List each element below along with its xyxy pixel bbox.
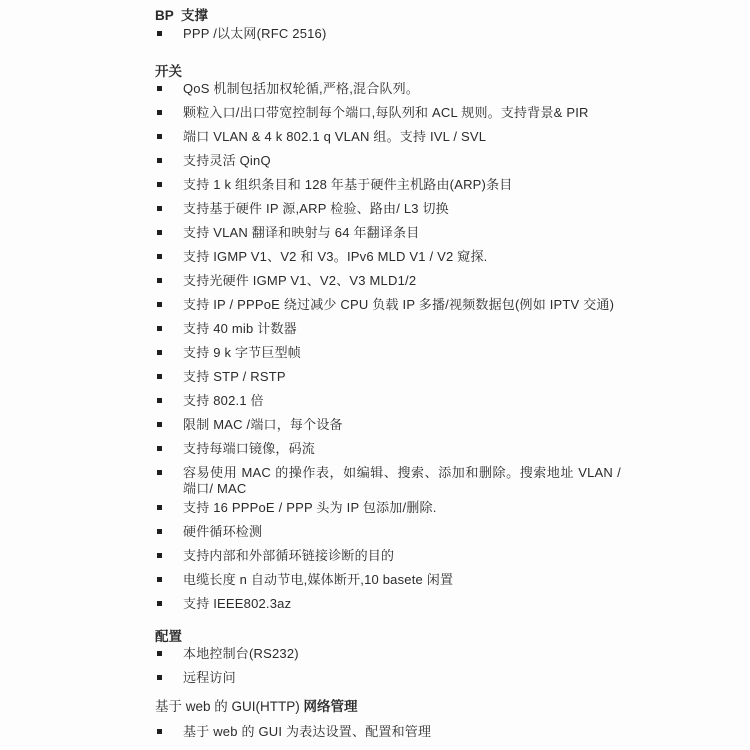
list-item: 支持内部和外部循环链接诊断的目的	[155, 548, 621, 564]
list-item: 支持 40 mib 计数器	[155, 321, 621, 337]
list-item: 支持 9 k 字节巨型帧	[155, 345, 621, 361]
list-item-text: 支持 STP / RSTP	[183, 369, 286, 384]
list-item: 支持灵活 QinQ	[155, 153, 621, 169]
bullet-square-icon	[157, 651, 162, 656]
spec-document: BP 支撑PPP /以太网(RFC 2516)开关QoS 机制包括加权轮循,严格…	[155, 8, 621, 748]
heading-text: 基于 web 的 GUI(HTTP)	[155, 699, 304, 714]
list-item-text: 端口 VLAN & 4 k 802.1 q VLAN 组。支持 IVL / SV…	[183, 129, 486, 144]
list-item-text: 支持每端口镜像，码流	[183, 441, 315, 456]
list-item: 容易使用 MAC 的操作表，如编辑、搜索、添加和删除。搜索地址 VLAN /端口…	[155, 465, 621, 497]
section-heading-bp-support: BP 支撑	[155, 8, 621, 24]
list-item: 电缆长度 n 自动节电,媒体断开,10 basete 闲置	[155, 572, 621, 588]
list-item: 支持 IP / PPPoE 绕过减少 CPU 负载 IP 多播/视频数据包(例如…	[155, 297, 621, 313]
bullet-square-icon	[157, 206, 162, 211]
section-configuration: 配置本地控制台(RS232)远程访问	[155, 629, 621, 686]
bullet-square-icon	[157, 422, 162, 427]
list-item: 支持 VLAN 翻译和映射与 64 年翻译条目	[155, 225, 621, 241]
bullet-square-icon	[157, 110, 162, 115]
list-item-text: 支持 16 PPPoE / PPP 头为 IP 包添加/删除.	[183, 500, 437, 515]
list-item-text: 硬件循环检测	[183, 524, 262, 539]
section-web-management: 基于 web 的 GUI(HTTP) 网络管理基于 web 的 GUI 为表达设…	[155, 699, 621, 740]
bullet-square-icon	[157, 601, 162, 606]
list-item-text: 颗粒入口/出口带宽控制每个端口,每队列和 ACL 规则。支持背景& PIR	[183, 105, 589, 120]
bullet-square-icon	[157, 529, 162, 534]
bullet-square-icon	[157, 134, 162, 139]
list-item: 限制 MAC /端口，每个设备	[155, 417, 621, 433]
list-item-text: 支持 IP / PPPoE 绕过减少 CPU 负载 IP 多播/视频数据包(例如…	[183, 297, 614, 312]
list-item-text: 支持光硬件 IGMP V1、V2、V3 MLD1/2	[183, 273, 416, 288]
list-item-text: 支持基于硬件 IP 源,ARP 检验、路由/ L3 切换	[183, 201, 449, 216]
bullet-square-icon	[157, 302, 162, 307]
list-item-text: PPP /以太网(RFC 2516)	[183, 26, 327, 41]
list-item-text: 限制 MAC /端口，每个设备	[183, 417, 343, 432]
list-item-text: 基于 web 的 GUI 为表达设置、配置和管理	[183, 724, 431, 739]
bullet-square-icon	[157, 374, 162, 379]
section-bp-support: BP 支撑PPP /以太网(RFC 2516)	[155, 8, 621, 42]
bullet-square-icon	[157, 254, 162, 259]
bullet-square-icon	[157, 350, 162, 355]
section-heading-configuration: 配置	[155, 629, 621, 645]
list-item-text: 支持内部和外部循环链接诊断的目的	[183, 548, 394, 563]
bullet-square-icon	[157, 398, 162, 403]
list-item: 远程访问	[155, 670, 621, 686]
heading-text: 开关	[155, 64, 182, 79]
list-item-text: 支持 802.1 倍	[183, 393, 264, 408]
bullet-square-icon	[157, 577, 162, 582]
list-item-text: 支持 9 k 字节巨型帧	[183, 345, 301, 360]
list-item-text: 支持灵活 QinQ	[183, 153, 271, 168]
section-switching: 开关QoS 机制包括加权轮循,严格,混合队列。颗粒入口/出口带宽控制每个端口,每…	[155, 64, 621, 612]
bullet-square-icon	[157, 158, 162, 163]
list-item-text: 容易使用 MAC 的操作表，如编辑、搜索、添加和删除。搜索地址 VLAN /端口…	[183, 465, 621, 496]
list-item: 颗粒入口/出口带宽控制每个端口,每队列和 ACL 规则。支持背景& PIR	[155, 105, 621, 121]
list-item-text: 支持 IEEE802.3az	[183, 596, 291, 611]
bullet-square-icon	[157, 675, 162, 680]
bullet-square-icon	[157, 553, 162, 558]
list-item-text: 电缆长度 n 自动节电,媒体断开,10 basete 闲置	[183, 572, 453, 587]
list-item: 硬件循环检测	[155, 524, 621, 540]
section-heading-web-management: 基于 web 的 GUI(HTTP) 网络管理	[155, 699, 621, 715]
list-item: 支持 STP / RSTP	[155, 369, 621, 385]
bullet-square-icon	[157, 182, 162, 187]
bullet-square-icon	[157, 230, 162, 235]
list-item-text: 支持 1 k 组织条目和 128 年基于硬件主机路由(ARP)条目	[183, 177, 512, 192]
bullet-square-icon	[157, 505, 162, 510]
list-item: 端口 VLAN & 4 k 802.1 q VLAN 组。支持 IVL / SV…	[155, 129, 621, 145]
list-item: 支持 IEEE802.3az	[155, 596, 621, 612]
list-item: 支持光硬件 IGMP V1、V2、V3 MLD1/2	[155, 273, 621, 289]
bullet-square-icon	[157, 729, 162, 734]
list-item: PPP /以太网(RFC 2516)	[155, 26, 621, 42]
bullet-square-icon	[157, 31, 162, 36]
list-item: 支持基于硬件 IP 源,ARP 检验、路由/ L3 切换	[155, 201, 621, 217]
list-item: 基于 web 的 GUI 为表达设置、配置和管理	[155, 724, 621, 740]
bullet-square-icon	[157, 86, 162, 91]
heading-text: BP 支撑	[155, 8, 208, 23]
list-item: 支持 IGMP V1、V2 和 V3。IPv6 MLD V1 / V2 窥探.	[155, 249, 621, 265]
list-item-text: 支持 VLAN 翻译和映射与 64 年翻译条目	[183, 225, 419, 240]
list-item-text: 支持 IGMP V1、V2 和 V3。IPv6 MLD V1 / V2 窥探.	[183, 249, 487, 264]
bullet-square-icon	[157, 278, 162, 283]
list-item: 支持 1 k 组织条目和 128 年基于硬件主机路由(ARP)条目	[155, 177, 621, 193]
list-item: 本地控制台(RS232)	[155, 646, 621, 662]
bullet-square-icon	[157, 446, 162, 451]
bullet-square-icon	[157, 326, 162, 331]
list-item: 支持 16 PPPoE / PPP 头为 IP 包添加/删除.	[155, 500, 621, 516]
heading-text: 配置	[155, 629, 182, 644]
list-item-text: 支持 40 mib 计数器	[183, 321, 297, 336]
heading-bold-text: 网络管理	[304, 699, 358, 714]
list-item-text: 本地控制台(RS232)	[183, 646, 299, 661]
list-item-text: 远程访问	[183, 670, 236, 685]
list-item: 支持每端口镜像，码流	[155, 441, 621, 457]
bullet-square-icon	[157, 470, 162, 475]
list-item: QoS 机制包括加权轮循,严格,混合队列。	[155, 81, 621, 97]
section-heading-switching: 开关	[155, 64, 621, 80]
list-item-text: QoS 机制包括加权轮循,严格,混合队列。	[183, 81, 419, 96]
list-item: 支持 802.1 倍	[155, 393, 621, 409]
